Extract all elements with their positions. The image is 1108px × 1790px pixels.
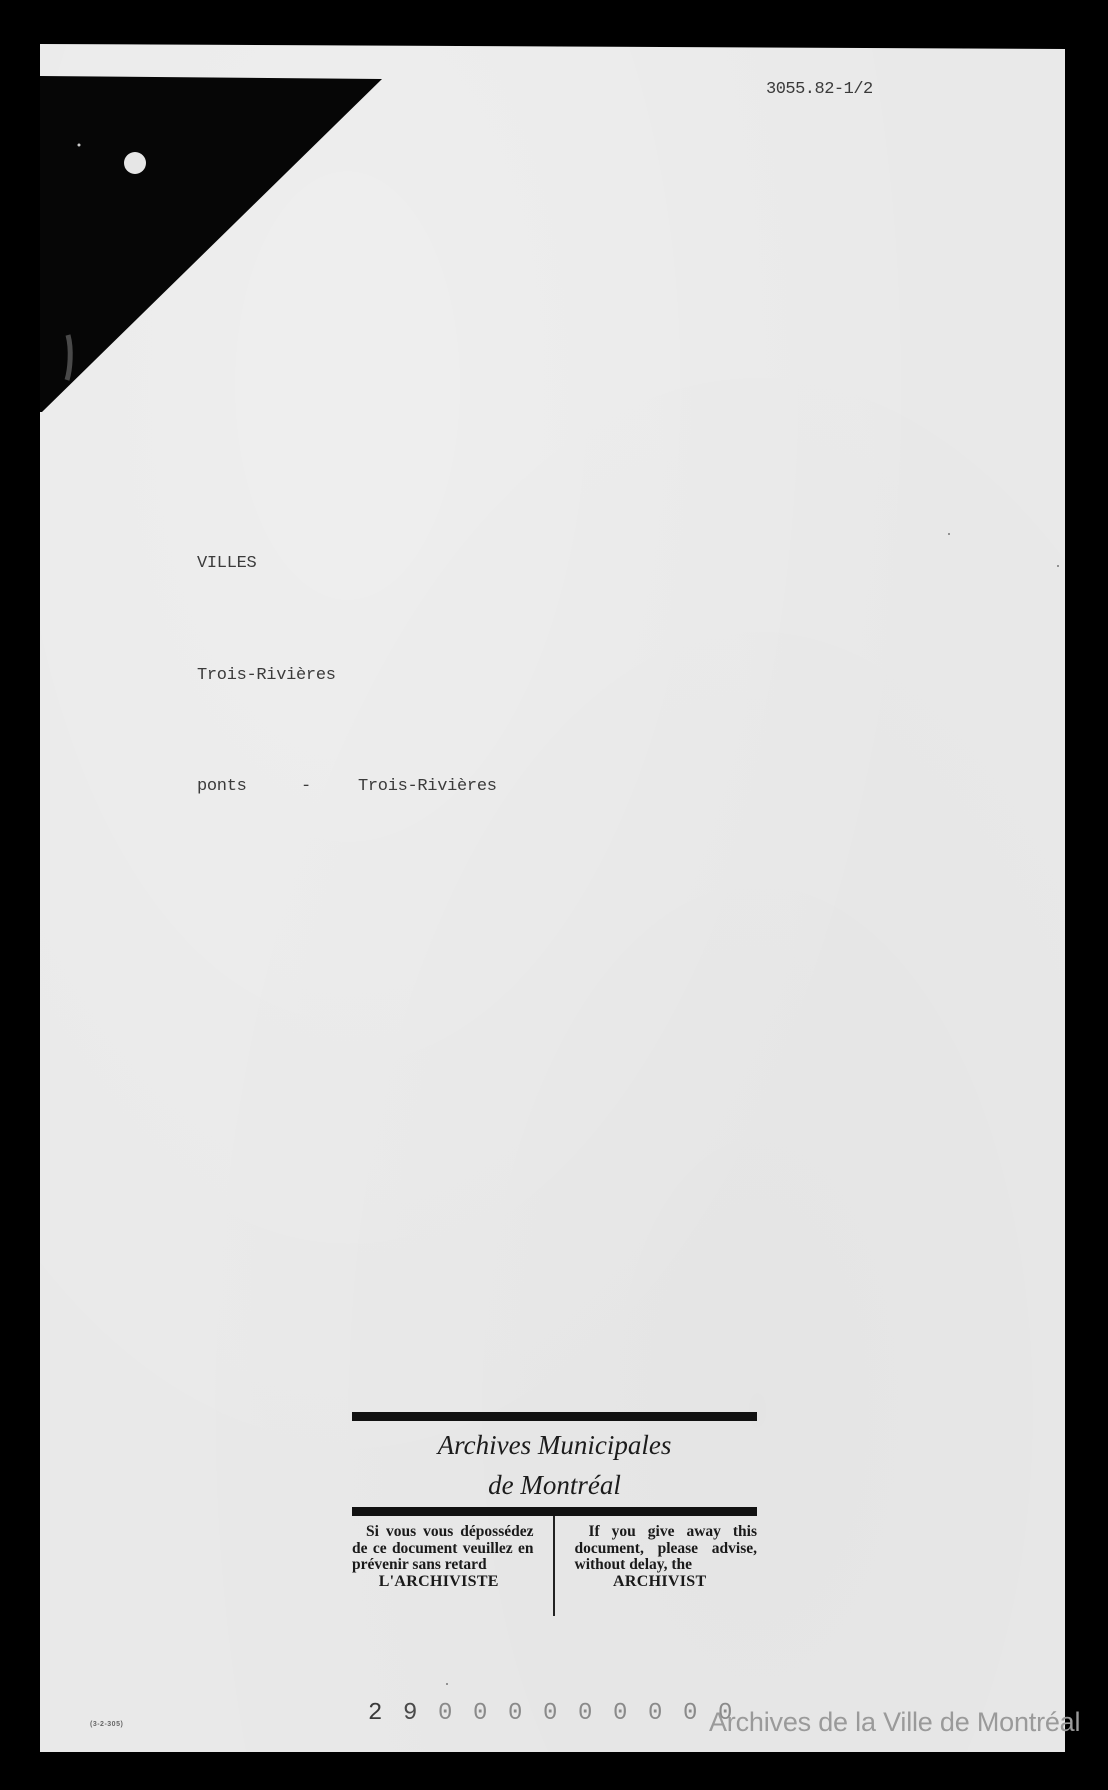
serial-digit: 0 — [543, 1700, 578, 1727]
subject-line: ponts - Trois-Rivières — [197, 777, 247, 796]
serial-number: 29000000000 — [368, 1700, 753, 1727]
serial-digit: 2 — [368, 1700, 403, 1727]
serial-digit: 9 — [403, 1700, 438, 1727]
form-code: (3-2-305) — [90, 1721, 123, 1728]
middle-rule — [352, 1507, 757, 1516]
notice-english: If you give away this document, please a… — [555, 1524, 758, 1590]
serial-digit: 0 — [473, 1700, 508, 1727]
notice-french: Si vous vous dépossédez de ce document v… — [352, 1524, 555, 1590]
notice-french-signature: L'ARCHIVISTE — [352, 1574, 534, 1591]
serial-digit: 0 — [438, 1700, 473, 1727]
speck — [446, 1683, 448, 1685]
city-name: Trois-Rivières — [197, 666, 336, 685]
speck — [948, 533, 950, 535]
top-rule — [352, 1412, 757, 1421]
column-divider — [553, 1516, 555, 1616]
notice-title-line1: Archives Municipales — [352, 1425, 757, 1465]
serial-digit: 0 — [508, 1700, 543, 1727]
subject-place: Trois-Rivières — [358, 777, 497, 796]
notice-english-text: If you give away this document, please a… — [575, 1524, 758, 1574]
notice-title: Archives Municipales de Montréal — [352, 1421, 757, 1507]
serial-digit: 0 — [613, 1700, 648, 1727]
speck — [1057, 565, 1059, 567]
archives-notice-stamp: Archives Municipales de Montréal Si vous… — [352, 1412, 757, 1590]
archive-watermark: Archives de la Ville de Montréal — [709, 1707, 1080, 1738]
serial-digit: 0 — [578, 1700, 613, 1727]
serial-digit: 0 — [648, 1700, 683, 1727]
subject-topic: ponts — [197, 777, 247, 796]
notice-french-text: Si vous vous dépossédez de ce document v… — [352, 1524, 534, 1574]
notice-title-line2: de Montréal — [352, 1465, 757, 1505]
subject-separator: - — [301, 777, 311, 796]
category-heading: VILLES — [197, 554, 256, 573]
notice-columns: Si vous vous dépossédez de ce document v… — [352, 1516, 757, 1590]
notice-english-signature: ARCHIVIST — [575, 1574, 758, 1591]
reference-number: 3055.82-1/2 — [766, 80, 873, 99]
